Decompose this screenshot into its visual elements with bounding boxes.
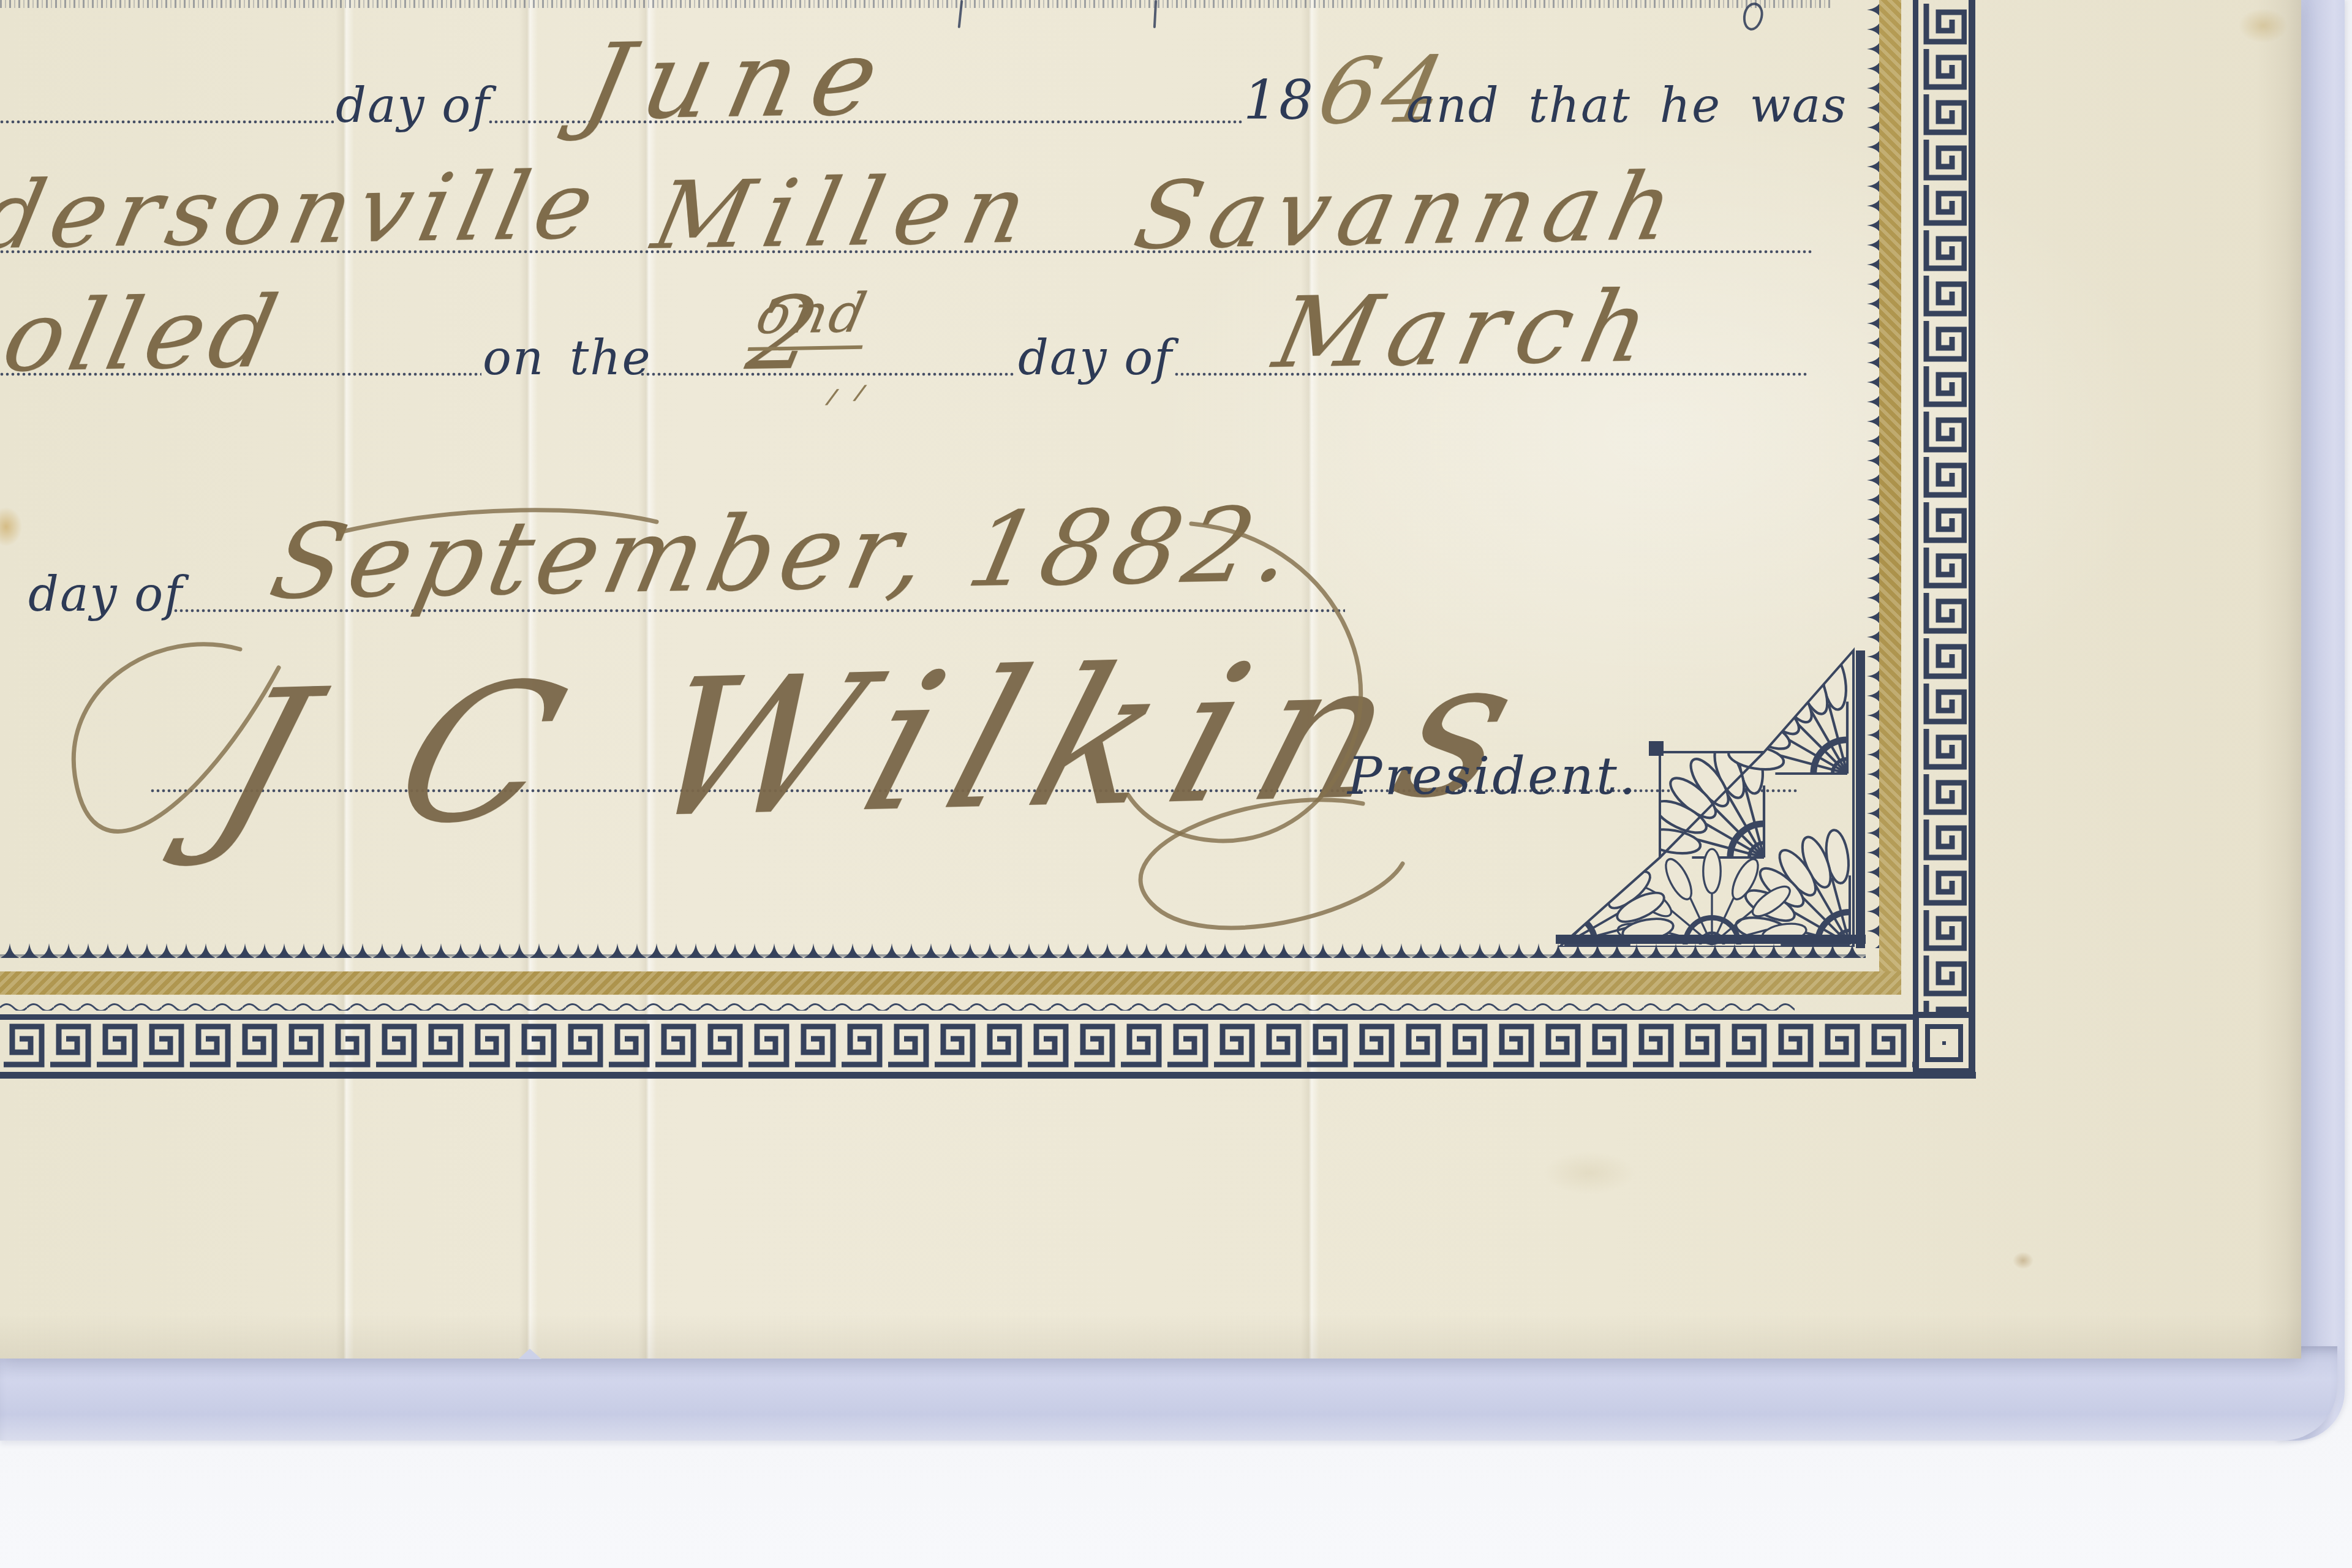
rosette-inner-square [1925, 1024, 1963, 1062]
handwritten-place-1: dersonville [0, 151, 612, 270]
greek-key-corner-rosette [1913, 1012, 1975, 1074]
printed-day-of-2: day of [1018, 331, 1173, 386]
paper-stain [2013, 1252, 2034, 1269]
greek-key-inner-rule-bottom [0, 1014, 1917, 1020]
cropped-print-line [0, 0, 1831, 8]
paper-stain [2239, 9, 2288, 43]
handwritten-month-march: March [1265, 269, 1670, 390]
paper-edge-shading [2256, 0, 2301, 1359]
gold-band-bottom [0, 971, 1901, 995]
greek-key-inner-rule-right [1913, 0, 1918, 1017]
printed-day-of-1: day of [336, 78, 491, 134]
greek-key-meander-bottom [0, 1023, 1915, 1068]
greek-key-outer-rule-bottom [0, 1072, 1976, 1079]
day-ordinal-superscript: ond [748, 281, 876, 351]
handwritten-olled: olled [0, 274, 292, 394]
handwritten-place-3: Savannah [1126, 153, 1692, 270]
corner-fan-ornament [1556, 642, 1856, 947]
rosette-core-square [1942, 1041, 1946, 1045]
inner-frame-vertical-bar [1856, 650, 1865, 948]
wavy-line-bottom [0, 1000, 1795, 1011]
printed-on-the: on the [483, 331, 652, 386]
printed-and-that-he-was: and that he was [1406, 78, 1847, 134]
printed-year-18: 18 [1243, 69, 1314, 132]
ink-tick-mark [825, 389, 839, 405]
sawtooth-edging-bottom [0, 942, 1866, 958]
dotted-rule [0, 120, 334, 124]
ink-tick-mark [853, 385, 867, 401]
plastic-sleeve-bottom-edge [0, 1346, 2337, 1441]
certificate-paper: day of June 18 64 and that he was derson… [0, 0, 2301, 1359]
paper-edge-shading [0, 1314, 2301, 1359]
handwritten-place-2: Millen [644, 155, 1050, 270]
greek-key-meander-right [1921, 0, 1967, 1012]
handwritten-month-june: June [573, 15, 905, 144]
gold-band-right [1879, 0, 1901, 995]
paper-stain [1543, 1151, 1635, 1194]
greek-key-outer-rule-right [1969, 0, 1975, 1076]
ink-flourishes [0, 466, 1470, 992]
photo-of-certificate: day of June 18 64 and that he was derson… [0, 0, 2352, 1568]
